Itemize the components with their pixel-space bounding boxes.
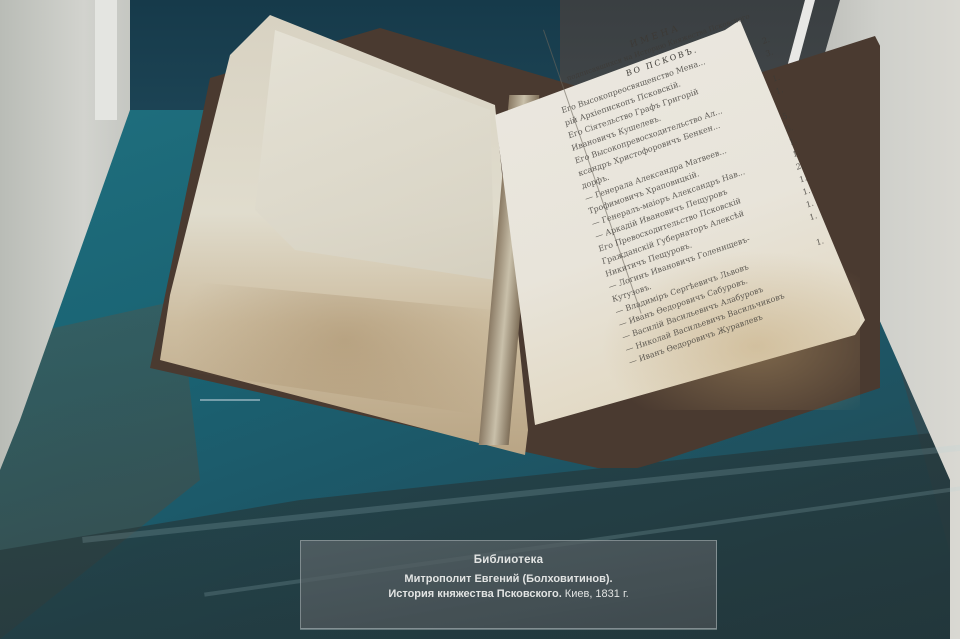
plaque-work-title: История княжества Псковского. <box>388 588 561 600</box>
museum-display-photo: ИМЕНА подписавшихся на Историю Княжества… <box>0 0 960 639</box>
plaque-title: Библиотека <box>301 554 716 566</box>
plaque-work-imprint: Киев, 1831 г. <box>562 588 629 600</box>
plaque-work: История княжества Псковского. Киев, 1831… <box>301 587 716 602</box>
vitrine-left-edge <box>95 0 117 120</box>
exhibit-label-plaque: Библиотека Митрополит Евгений (Болховити… <box>300 540 717 629</box>
plaque-author: Митрополит Евгений (Болховитинов). <box>301 572 716 587</box>
